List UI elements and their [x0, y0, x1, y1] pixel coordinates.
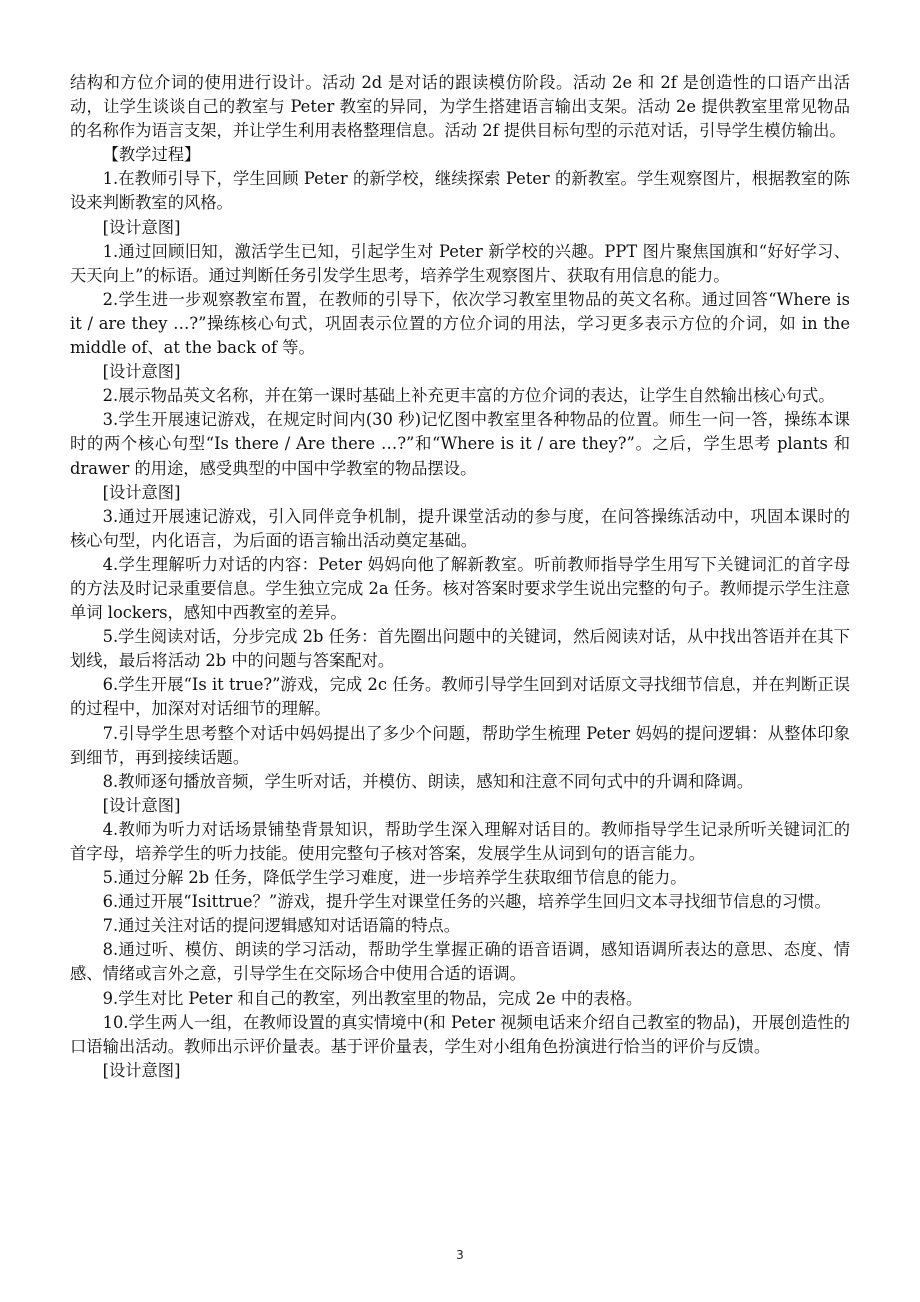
intent-7: 7.通过关注对话的提问逻辑感知对话语篇的特点。 — [70, 914, 850, 938]
intent-2: 2.展示物品英文名称，并在第一课时基础上补充更丰富的方位介词的表达，让学生自然输… — [70, 384, 850, 408]
step-2: 2.学生进一步观察教室布置，在教师的引导下，依次学习教室里物品的英文名称。通过回… — [70, 288, 850, 360]
step-9: 9.学生对比 Peter 和自己的教室，列出教室里的物品，完成 2e 中的表格。 — [70, 987, 850, 1011]
intent-3: 3.通过开展速记游戏，引入同伴竞争机制，提升课堂活动的参与度，在问答操练活动中，… — [70, 505, 850, 553]
step-10: 10.学生两人一组，在教师设置的真实情境中(和 Peter 视频电话来介绍自己教… — [70, 1011, 850, 1059]
step-6: 6.学生开展“Is it true?”游戏，完成 2c 任务。教师引导学生回到对… — [70, 673, 850, 721]
document-body: 结构和方位介词的使用进行设计。活动 2d 是对话的跟读模仿阶段。活动 2e 和 … — [70, 71, 850, 1083]
intent-8: 8.通过听、模仿、朗读的学习活动，帮助学生掌握正确的语音语调，感知语调所表达的意… — [70, 938, 850, 986]
page-number: 3 — [0, 1248, 920, 1262]
intent-1: 1.通过回顾旧知，激活学生已知，引起学生对 Peter 新学校的兴趣。PPT 图… — [70, 240, 850, 288]
intent-5: 5.通过分解 2b 任务，降低学生学习难度，进一步培养学生获取细节信息的能力。 — [70, 866, 850, 890]
design-intent-label: [设计意图] — [70, 794, 850, 818]
design-intent-label: [设计意图] — [70, 360, 850, 384]
paragraph-design-rationale-continuation: 结构和方位介词的使用进行设计。活动 2d 是对话的跟读模仿阶段。活动 2e 和 … — [70, 71, 850, 143]
step-1: 1.在教师引导下，学生回顾 Peter 的新学校，继续探索 Peter 的新教室… — [70, 167, 850, 215]
design-intent-label: [设计意图] — [70, 1059, 850, 1083]
design-intent-label: [设计意图] — [70, 216, 850, 240]
step-5: 5.学生阅读对话，分步完成 2b 任务：首先圈出问题中的关键词，然后阅读对话，从… — [70, 625, 850, 673]
step-8: 8.教师逐句播放音频，学生听对话，并模仿、朗读，感知和注意不同句式中的升调和降调… — [70, 770, 850, 794]
intent-6: 6.通过开展“Isittrue？”游戏，提升学生对课堂任务的兴趣，培养学生回归文… — [70, 890, 850, 914]
section-heading-teaching-process: 【教学过程】 — [70, 143, 850, 167]
step-4: 4.学生理解听力对话的内容：Peter 妈妈向他了解新教室。听前教师指导学生用写… — [70, 553, 850, 625]
design-intent-label: [设计意图] — [70, 481, 850, 505]
step-7: 7.引导学生思考整个对话中妈妈提出了多少个问题，帮助学生梳理 Peter 妈妈的… — [70, 722, 850, 770]
step-3: 3.学生开展速记游戏，在规定时间内(30 秒)记忆图中教室里各种物品的位置。师生… — [70, 408, 850, 480]
intent-4: 4.教师为听力对话场景铺垫背景知识，帮助学生深入理解对话目的。教师指导学生记录所… — [70, 818, 850, 866]
